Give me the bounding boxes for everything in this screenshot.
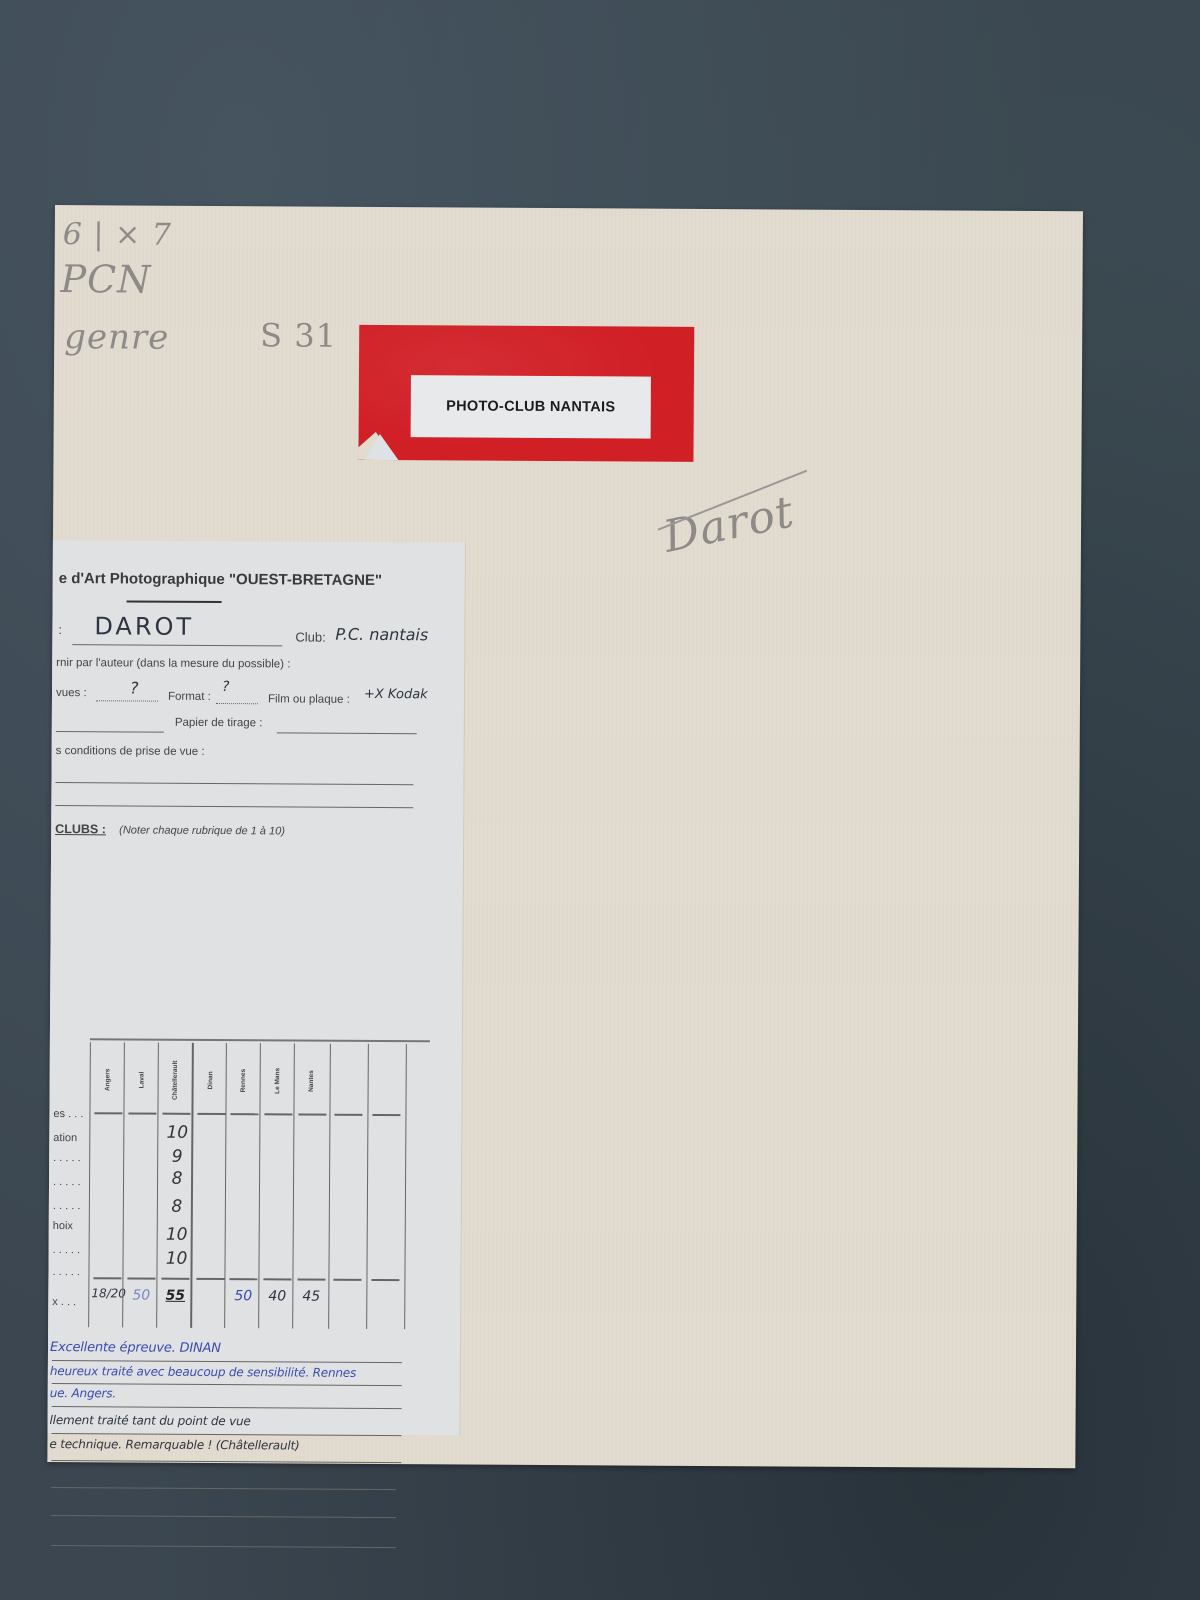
comment-rule [52,1406,402,1409]
total-row-label: x . . . [52,1296,76,1308]
total-cell: 50 [227,1288,259,1304]
club-label-sticker: PHOTO-CLUB NANTAIS [358,325,694,462]
comment-rule [51,1515,396,1518]
score-cell: 8 [162,1169,192,1189]
conditions-label: s conditions de prise de vue : [56,745,205,758]
column-laval: Laval 50 [122,1042,159,1327]
clubs-heading: CLUBS : [55,822,106,836]
conditions-line-1 [55,782,413,785]
club-label-text: PHOTO-CLUB NANTAIS [411,375,651,438]
column-nantes: Nantes 45 [292,1043,329,1328]
column-header: Angers [104,1068,111,1090]
score-cell: 10 [162,1249,192,1269]
views-line [96,700,158,701]
author-line [72,644,282,646]
column-rennes: Rennes 50 [224,1043,261,1328]
total-cell: 40 [261,1288,293,1304]
column-right-border [404,1044,407,1329]
score-cell: 10 [162,1225,192,1245]
comment-line: e technique. Remarquable ! (Châtelleraul… [49,1437,299,1453]
criteria-row-label: . . . . . [52,1266,80,1278]
criteria-row-label: es . . . [53,1108,83,1120]
conditions-line-2 [55,805,413,808]
criteria-row-label: ation [53,1132,77,1144]
column-angers: Angers 18/20 [88,1042,125,1327]
format-label: Format : [168,691,211,703]
views-label: vues : [56,687,87,699]
column-blank-1 [328,1044,365,1329]
column-le-mans: Le Mans 40 [258,1043,295,1328]
comment-line: ue. Angers. [50,1386,116,1400]
total-cell: 45 [295,1288,327,1304]
total-cell: 55 [159,1288,191,1304]
scores-table: Angers 18/20 Laval 50 Châtellerault 10 9… [88,1038,440,1330]
club-label: Club: [295,629,325,644]
views-value: ? [130,678,139,697]
score-cell: 9 [162,1147,192,1167]
column-header: Châtellerault [172,1060,179,1099]
column-chatellerault: Châtellerault 10 9 8 8 10 10 55 [156,1043,193,1328]
form-title: e d'Art Photographique "OUEST-BRETAGNE" [59,570,382,589]
pencil-note-ref-number: S 31 [260,316,337,354]
author-value: DAROT [94,612,194,641]
film-value: +X Kodak [364,687,428,702]
column-header: Laval [138,1071,145,1088]
comment-rule [51,1460,401,1463]
comment-rule [51,1433,401,1436]
paper-line [277,732,417,734]
pencil-signature: Darot [659,486,798,563]
column-header: Nantes [308,1070,315,1092]
total-cell: 50 [125,1287,157,1303]
column-dinan: Dinan [190,1043,228,1328]
paper-line-left [56,731,164,733]
comment-rule [51,1545,396,1548]
format-value: ? [222,679,230,695]
comment-rule [52,1360,402,1363]
total-cell: 18/20 [91,1287,123,1299]
title-underline [127,600,222,603]
author-label: : [58,622,62,637]
column-blank-2 [366,1044,403,1329]
provide-note: rnir par l'auteur (dans la mesure du pos… [56,657,290,670]
criteria-row-label: . . . . . [53,1200,81,1212]
pencil-note-category: genre [64,317,169,358]
paper-label: Papier de tirage : [175,717,263,730]
club-value: P.C. nantais [335,625,428,645]
comment-rule [51,1487,396,1490]
comment-line: llement traité tant du point de vue [50,1413,251,1428]
comment-line: heureux traité avec beaucoup de sensibil… [50,1364,356,1380]
score-cell: 8 [162,1197,192,1217]
criteria-row-label: hoix [53,1220,73,1232]
criteria-row-label: . . . . . [53,1176,81,1188]
comment-line: Excellente épreuve. DINAN [50,1340,221,1356]
column-header: Rennes [240,1068,247,1092]
clubs-note: (Noter chaque rubrique de 1 à 10) [119,824,285,837]
criteria-row-label: . . . . . [53,1152,81,1164]
film-label: Film ou plaque : [268,693,350,705]
pencil-note-club-abbrev: PCN [60,257,151,302]
format-line [216,703,258,704]
evaluation-form: e d'Art Photographique "OUEST-BRETAGNE" … [47,540,464,1436]
photo-mount-board: 6 | × 7 PCN genre S 31 Darot PHOTO-CLUB … [47,205,1083,1468]
column-header: Dinan [207,1071,214,1089]
pencil-note-dimensions: 6 | × 7 [63,217,172,253]
criteria-row-label: . . . . . [53,1244,81,1256]
column-header: Le Mans [274,1067,281,1093]
score-cell: 10 [162,1123,192,1143]
